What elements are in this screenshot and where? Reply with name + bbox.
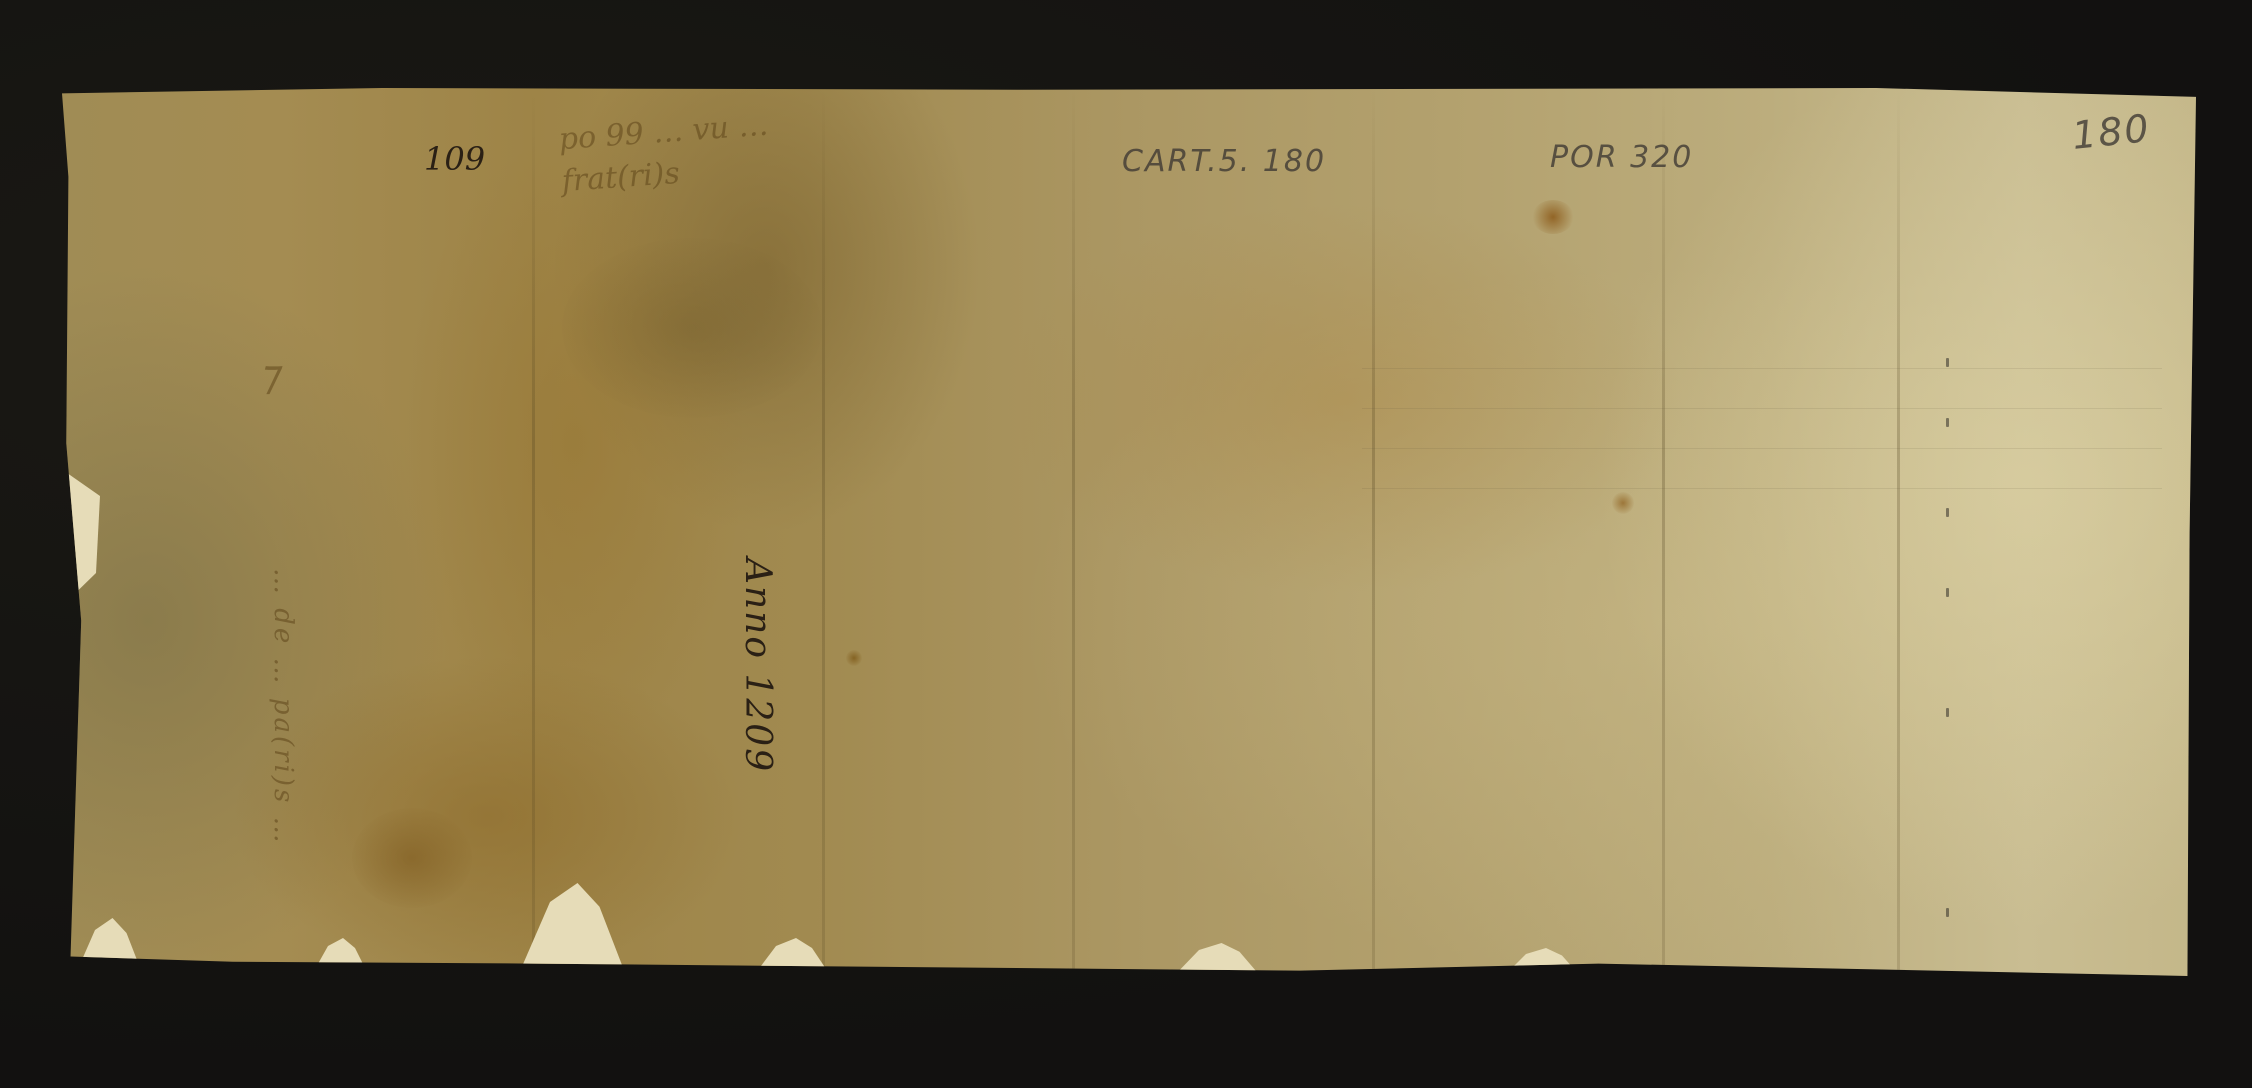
fold-line [1897,88,1900,976]
worn-edge [310,938,370,978]
stain-spot [1612,492,1634,514]
ruling-line [1362,488,2162,489]
fold-line [1662,88,1665,976]
stain-blotch [352,808,472,908]
pricking-mark [1946,418,1949,427]
pricking-mark [1946,358,1949,367]
archive-reference: POR 320 [1550,140,1693,175]
worn-edge [1502,948,1582,978]
fold-line [1372,88,1375,976]
scan-background: 109 po 99 … vu … frat(ri)s CART.5. 180 P… [0,0,2252,1088]
medieval-endorsement: po 99 … vu … frat(ri)s [557,97,882,203]
ruling-line [1362,448,2162,449]
corner-number: 180 [2070,106,2153,158]
archive-shelfmark: CART.5. 180 [1122,144,1326,179]
fold-line [1072,88,1075,976]
medieval-mark: ⁊ [258,350,279,399]
stain-spot [1532,200,1574,234]
worn-edge [1172,943,1262,978]
pricking-mark [1946,588,1949,597]
ruling-line [1362,408,2162,409]
date-note: Anno 1209 [737,558,778,773]
medieval-note-vertical: … de … pa(ri)s … [268,568,298,846]
stain-spot [846,650,862,666]
worn-edge [74,918,144,978]
pricking-mark [1946,708,1949,717]
fold-line [822,88,825,976]
ruling-line [1362,368,2162,369]
fold-line [532,88,535,976]
stain-blotch [562,238,822,418]
folio-number: 109 [424,140,485,178]
parchment-sheet: 109 po 99 … vu … frat(ri)s CART.5. 180 P… [62,88,2196,976]
pricking-mark [1946,908,1949,917]
worn-edge [752,938,832,978]
pricking-mark [1946,508,1949,517]
worn-edge [60,468,100,608]
